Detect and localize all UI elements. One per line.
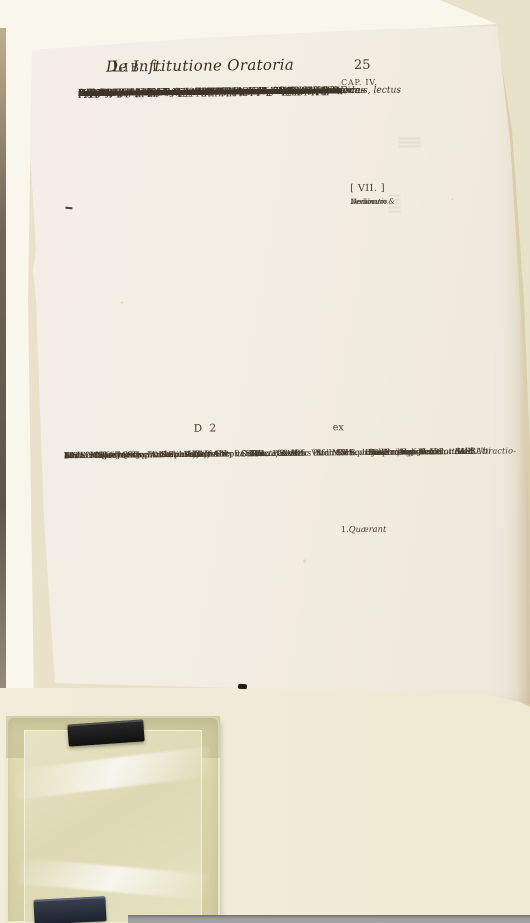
- text-line: 1. Quærant: [341, 523, 421, 534]
- ink-showthrough-mark: [399, 137, 421, 149]
- foxing-spot: [120, 301, 123, 303]
- plastic-sleeve: [6, 716, 220, 923]
- body-text: runt tanquam ſpecies ejus. At ii qui ali…: [78, 85, 340, 88]
- text-line: 14. Sera ſunt MSS Bodl. & Joan. Serani: …: [64, 447, 476, 461]
- footnotes-block: 1. Qui vel alterum dixiſſet Andr. 2. Tra…: [64, 447, 476, 451]
- page-number: 25: [354, 58, 371, 73]
- table-edge-bar: [128, 915, 530, 923]
- page-content: De Inſtitutione Oratoria LIB. I. 25 CAP.…: [0, 0, 530, 715]
- book-gutter-edge: [0, 28, 6, 708]
- foxing-spot: [303, 560, 306, 563]
- photo-canvas: De Inſtitutione Oratoria LIB. I. 25 CAP.…: [0, 0, 530, 923]
- footnote-catchword: 1. Quærant: [341, 523, 421, 524]
- marginal-pen-mark: [65, 207, 72, 209]
- foxing-spot: [451, 198, 453, 200]
- ink-showthrough-mark: [388, 195, 400, 215]
- signature-mark: D 2: [194, 422, 219, 434]
- header-book-label: LIB. I.: [112, 57, 165, 76]
- section-margin-number: [ VII. ]: [350, 183, 385, 194]
- page-edge-ink-mark: [238, 684, 247, 689]
- binder-clip-bottom: [33, 896, 106, 923]
- book-page: De Inſtitutione Oratoria LIB. I. 25 CAP.…: [0, 0, 530, 712]
- text-line: Vopiſcus. ¹³ Jam Cottæ, Scipiones, Lænat…: [78, 85, 340, 99]
- catchword: ex: [333, 422, 344, 433]
